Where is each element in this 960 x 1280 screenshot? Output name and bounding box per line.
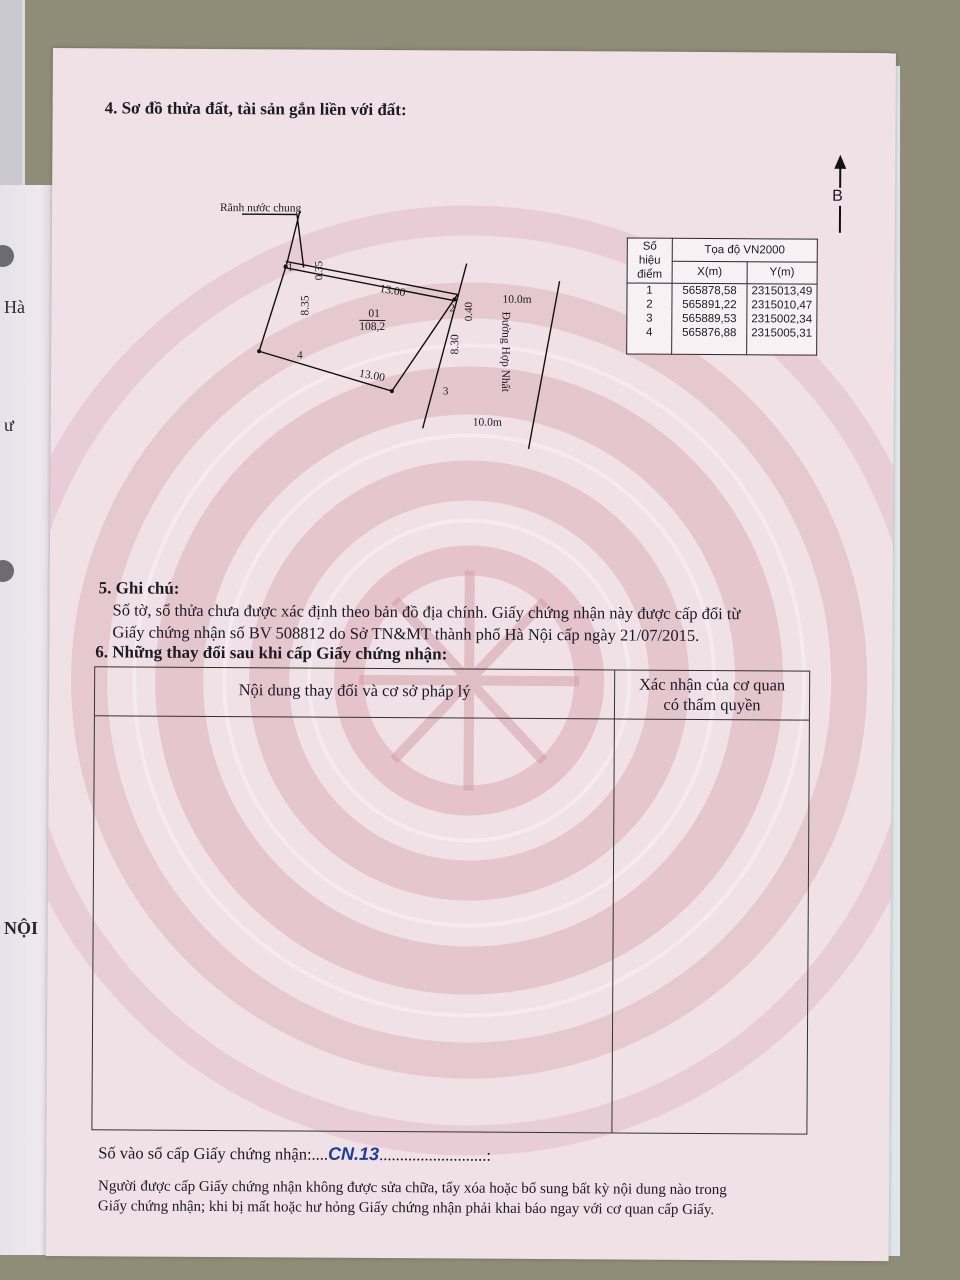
- section5-heading: 5. Ghi chú:: [99, 578, 180, 598]
- drain-width-right: 0.40: [463, 302, 475, 321]
- background-document-edge: [0, 0, 25, 190]
- road-name: Đường Hợp Nhất: [499, 312, 511, 392]
- north-label: B: [832, 188, 843, 206]
- edge-left-length: 8.35: [299, 295, 311, 315]
- binder-hole: [0, 245, 14, 267]
- header-y: Y(m): [747, 261, 817, 284]
- header-system: Tọa độ VN2000: [672, 238, 817, 261]
- point-label-2: 2: [449, 302, 455, 314]
- coordinate-table: Số hiệu điểm Tọa độ VN2000 X(m) Y(m) 156…: [626, 238, 817, 356]
- table-row: 4565876,882315005,31: [627, 326, 817, 356]
- changes-col1-header: Nội dung thay đổi và cơ sở pháp lý: [95, 679, 614, 702]
- left-page-text: ư: [4, 415, 14, 436]
- header-x: X(m): [672, 261, 747, 284]
- table-row: 2565891,222315010,47: [627, 298, 817, 313]
- point-label-4: 4: [297, 349, 303, 361]
- section6-heading: 6. Những thay đổi sau khi cấp Giấy chứng…: [95, 642, 447, 664]
- land-certificate-page: 4. Sơ đồ thửa đất, tài sản gắn liền với …: [46, 48, 896, 1261]
- warning-line-1: Người được cấp Giấy chứng nhận không đượ…: [98, 1178, 727, 1199]
- column-divider: [611, 670, 615, 1132]
- binder-hole: [0, 560, 14, 582]
- edge-right-length: 8.30: [449, 334, 461, 354]
- road-width-bottom: 10.0m: [473, 417, 502, 429]
- registry-label: Số vào sổ cấp Giấy chứng nhận:....: [98, 1143, 328, 1163]
- drain-width-left: 0.35: [313, 261, 325, 280]
- drain-label: Rãnh nước chung: [220, 202, 301, 214]
- parcel-diagram: [200, 199, 582, 471]
- header-divider: [95, 715, 809, 720]
- warning-line-2: Giấy chứng nhận; khi bị mất hoặc hư hỏng…: [98, 1198, 714, 1219]
- header-point: Số hiệu điểm: [627, 238, 672, 283]
- registry-dots: ..........................:: [379, 1145, 491, 1165]
- parcel-area: 108,2: [359, 320, 385, 333]
- note-line-1: Số tờ, số thửa chưa được xác định theo b…: [113, 600, 741, 624]
- changes-table: Nội dung thay đổi và cơ sở pháp lý Xác n…: [91, 666, 810, 1134]
- point-label-3: 3: [443, 385, 449, 397]
- road-width-top: 10.0m: [502, 294, 531, 306]
- changes-col2-header: Xác nhận của cơ quan có thẩm quyền: [615, 674, 809, 715]
- registry-handwritten-value: CN.13: [328, 1144, 379, 1164]
- left-page-text: Hà: [4, 297, 25, 318]
- table-row: 3565889,532315002,34: [627, 312, 817, 327]
- parcel-number: 01: [368, 308, 380, 320]
- section4-heading: 4. Sơ đồ thửa đất, tài sản gắn liền với …: [105, 98, 407, 120]
- left-page-text: NỘI: [4, 918, 38, 939]
- table-row: 1565878,582315013,49: [627, 283, 817, 299]
- point-label-1: 1: [288, 261, 294, 273]
- registry-number-line: Số vào sổ cấp Giấy chứng nhận:....CN.13.…: [98, 1142, 491, 1165]
